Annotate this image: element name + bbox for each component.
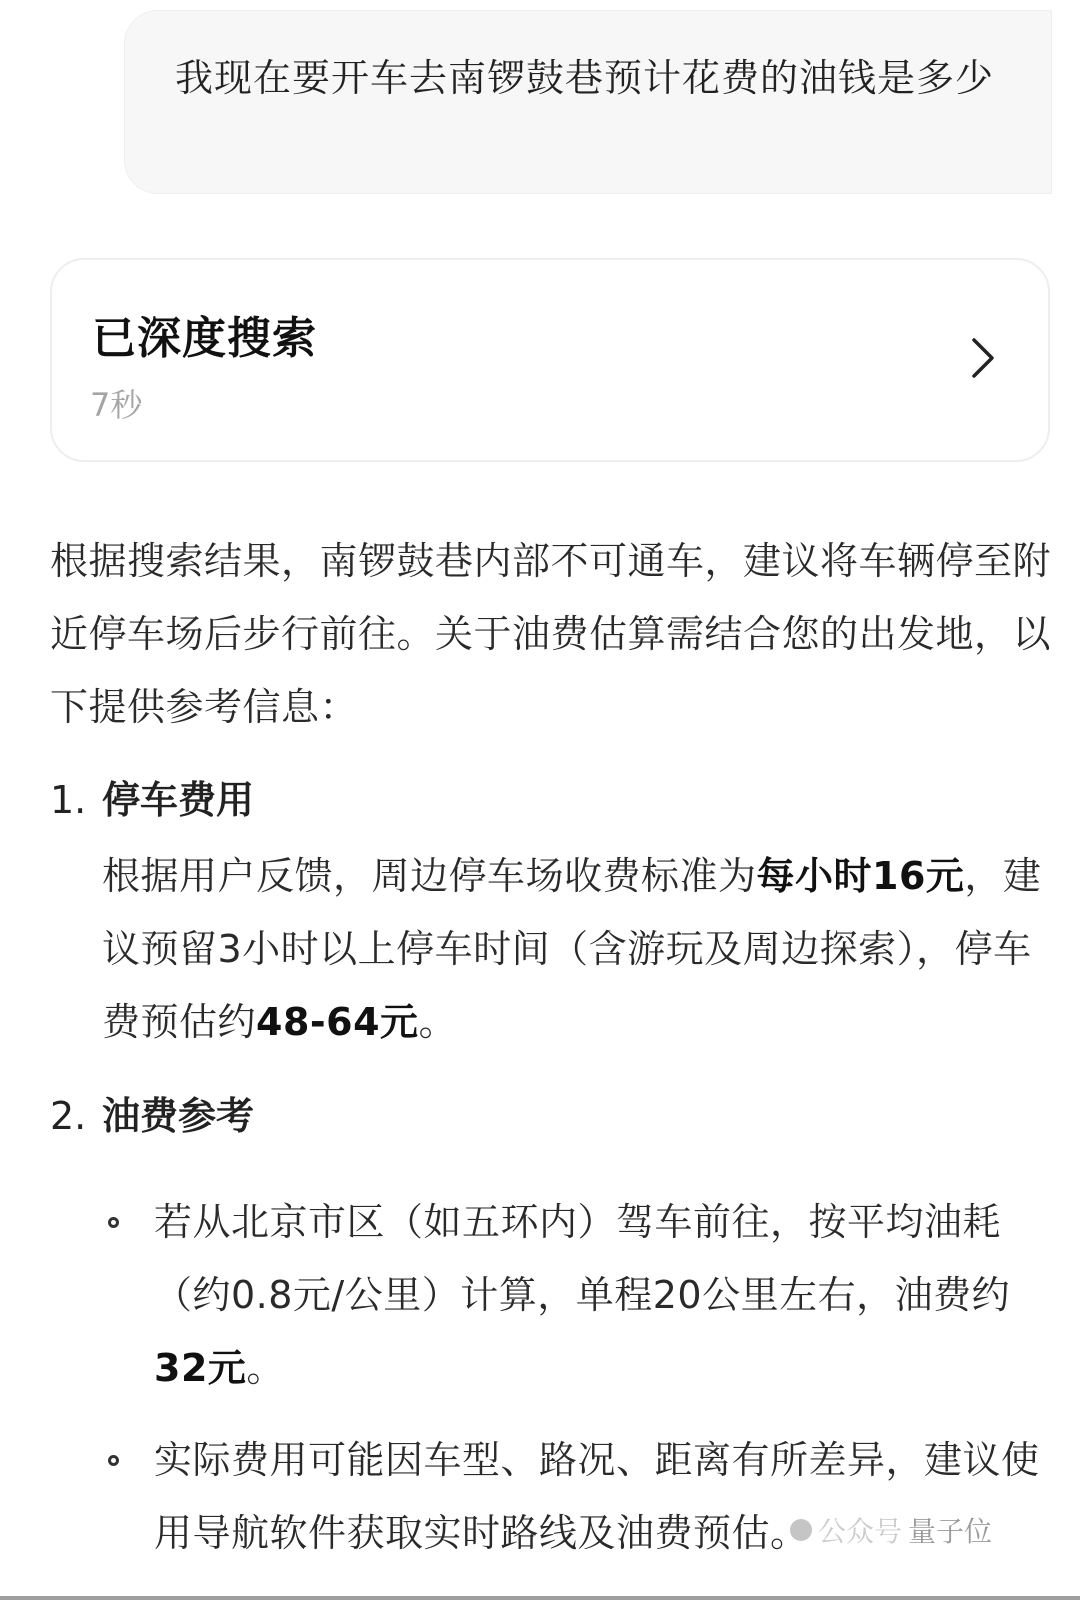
bullet-icon [108, 1217, 119, 1228]
body-text: 。 [419, 1000, 458, 1044]
section-number: 1. [50, 770, 102, 830]
watermark-faint-text: 公众号 [818, 1510, 902, 1550]
user-message-bubble: 我现在要开车去南锣鼓巷预计花费的油钱是多少 [124, 10, 1052, 194]
deep-search-card[interactable]: 已深度搜索 7秒 [50, 258, 1050, 462]
body-text: 若从北京市区（如五环内）驾车前往，按平均油耗（约0.8元/公里）计算，单程20公… [154, 1200, 1010, 1317]
bullet-text: 若从北京市区（如五环内）驾车前往，按平均油耗（约0.8元/公里）计算，单程20公… [154, 1186, 1060, 1405]
answer-intro: 根据搜索结果，南锣鼓巷内部不可通车，建议将车辆停至附近停车场后步行前往。关于油费… [50, 525, 1060, 744]
bottom-divider [0, 1596, 1080, 1600]
deep-search-duration: 7秒 [90, 380, 142, 426]
body-text: 。 [246, 1346, 285, 1390]
section-number: 2. [50, 1086, 102, 1146]
body-bold-text: 48-64元 [256, 1000, 419, 1044]
user-message-text: 我现在要开车去南锣鼓巷预计花费的油钱是多少 [175, 49, 1011, 107]
watermark: 公众号 量子位 [790, 1510, 992, 1550]
section-body: 根据用户反馈，周边停车场收费标准为每小时16元，建议预留3小时以上停车时间（含游… [102, 840, 1060, 1059]
list-item: 若从北京市区（如五环内）驾车前往，按平均油耗（约0.8元/公里）计算，单程20公… [50, 1186, 1060, 1405]
wechat-icon [790, 1519, 812, 1541]
deep-search-title: 已深度搜索 [92, 302, 317, 366]
watermark-brand: 量子位 [908, 1510, 992, 1550]
section-title: 停车费用 [102, 770, 254, 830]
answer-intro-text: 根据搜索结果，南锣鼓巷内部不可通车，建议将车辆停至附近停车场后步行前往。关于油费… [50, 525, 1060, 744]
section-title: 油费参考 [102, 1086, 254, 1146]
section-heading: 2. 油费参考 [50, 1086, 1060, 1146]
bullet-icon [108, 1455, 119, 1466]
section-parking: 1. 停车费用 根据用户反馈，周边停车场收费标准为每小时16元，建议预留3小时以… [50, 770, 1060, 1059]
section-fuel: 2. 油费参考 [50, 1086, 1060, 1146]
section-heading: 1. 停车费用 [50, 770, 1060, 830]
body-text: 根据用户反馈，周边停车场收费标准为 [102, 854, 757, 898]
body-bold-text: 每小时16元 [757, 854, 965, 898]
body-bold-text: 32元 [154, 1346, 246, 1390]
chevron-right-icon[interactable] [968, 336, 998, 380]
